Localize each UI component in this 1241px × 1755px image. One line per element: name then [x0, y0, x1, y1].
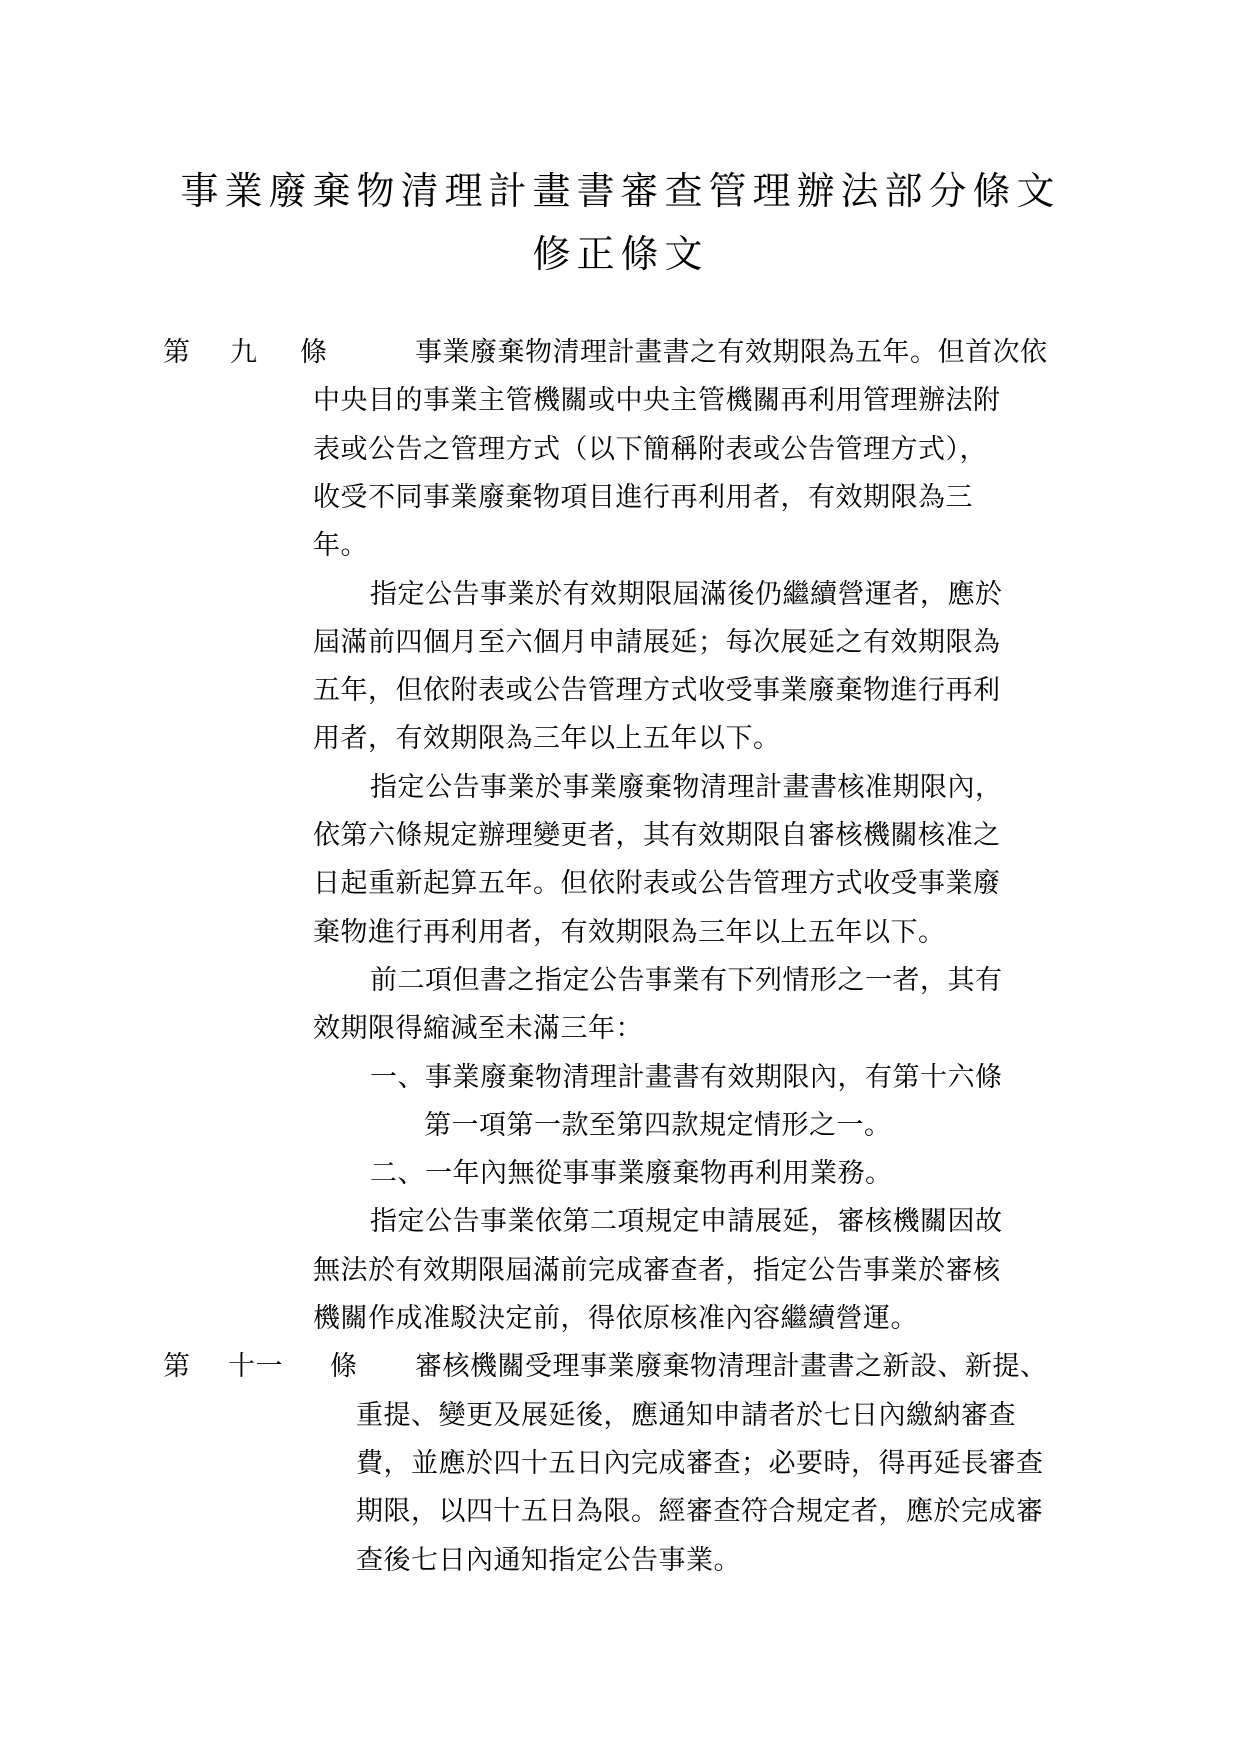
document-text-line: 五年，但依附表或公告管理方式收受事業廢棄物進行再利 [313, 673, 1001, 709]
document-text-line: 效期限得縮減至未滿三年： [313, 1011, 643, 1047]
document-text-line: 查後七日內通知指定公告事業。 [356, 1543, 741, 1579]
document-text-line: 依第六條規定辦理變更者，其有效期限自審核機關核准之 [313, 818, 1001, 854]
document-text-line: 期限，以四十五日為限。經審查符合規定者，應於完成審 [356, 1494, 1044, 1530]
document-text-line: 第一項第一款至第四款規定情形之一。 [424, 1108, 892, 1144]
document-text-line: 收受不同事業廢棄物項目進行再利用者，有效期限為三 [313, 480, 973, 516]
article-number-part: 條 [330, 1349, 358, 1385]
document-text-line: 屆滿前四個月至六個月申請展延；每次展延之有效期限為 [313, 625, 1001, 661]
document-text-line: 日起重新起算五年。但依附表或公告管理方式收受事業廢 [313, 866, 1001, 902]
document-text-line: 機關作成准駁決定前，得依原核准內容繼續營運。 [313, 1301, 918, 1337]
document-text-line: 指定公告事業依第二項規定申請展延，審核機關因故 [370, 1204, 1003, 1240]
article-number-part: 九 [230, 335, 258, 371]
document-text-line: 事業廢棄物清理計畫書之有效期限為五年。但首次依 [415, 335, 1048, 371]
document-text-line: 重提、變更及展延後，應通知申請者於七日內繳納審查 [356, 1398, 1016, 1434]
document-text-line: 年。 [313, 528, 368, 564]
title-line-2: 修正條文 [0, 223, 1241, 278]
document-text-line: 中央目的事業主管機關或中央主管機關再利用管理辦法附 [313, 383, 1001, 419]
document-text-line: 審核機關受理事業廢棄物清理計畫書之新設、新提、 [415, 1349, 1048, 1385]
article-number-part: 十一 [228, 1349, 283, 1385]
document-text-line: 前二項但書之指定公告事業有下列情形之一者，其有 [370, 963, 1003, 999]
article-number-part: 第 [163, 1349, 191, 1385]
document-text-line: 用者，有效期限為三年以上五年以下。 [313, 721, 781, 757]
document-text-line: 一、事業廢棄物清理計畫書有效期限內，有第十六條 [370, 1060, 1003, 1096]
article-number-part: 條 [300, 335, 328, 371]
title-line-1: 事業廢棄物清理計畫書審查管理辦法部分條文 [0, 160, 1241, 215]
document-text-line: 指定公告事業於事業廢棄物清理計畫書核准期限內， [370, 770, 1003, 806]
document-text-line: 費，並應於四十五日內完成審查；必要時，得再延長審查 [356, 1446, 1044, 1482]
document-page: 事業廢棄物清理計畫書審查管理辦法部分條文 修正條文 第九條事業廢棄物清理計畫書之… [0, 0, 1241, 1755]
document-text-line: 無法於有效期限屆滿前完成審查者，指定公告事業於審核 [313, 1253, 1001, 1289]
document-text-line: 表或公告之管理方式（以下簡稱附表或公告管理方式）， [313, 432, 987, 468]
document-text-line: 指定公告事業於有效期限屆滿後仍繼續營運者，應於 [370, 577, 1003, 613]
document-text-line: 二、一年內無從事事業廢棄物再利用業務。 [370, 1156, 893, 1192]
document-text-line: 棄物進行再利用者，有效期限為三年以上五年以下。 [313, 915, 946, 951]
article-number-part: 第 [163, 335, 191, 371]
